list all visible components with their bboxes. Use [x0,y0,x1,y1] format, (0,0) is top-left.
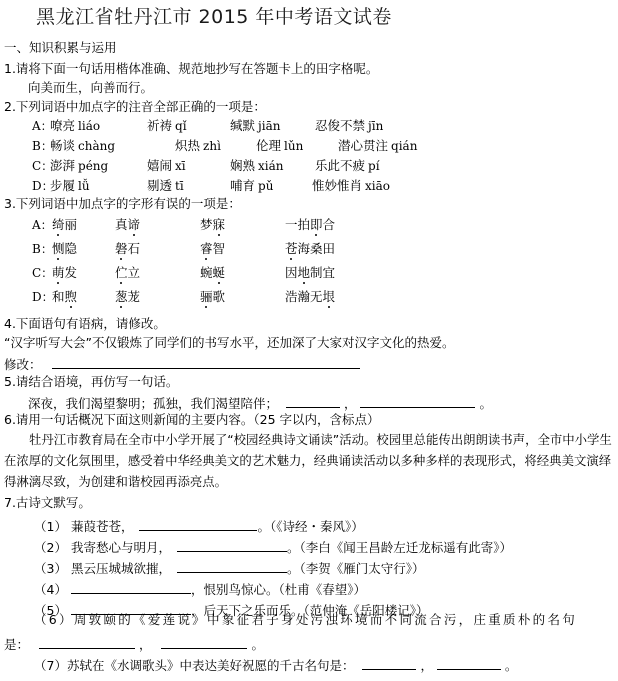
q2-option-item: 缄默jiān [230,120,280,133]
revise-answer-blank[interactable] [52,356,360,369]
q7-item: （3）黑云压城城欲摧，。（李贺《雁门太守行》） [34,560,424,576]
q2-word: 潜心贯注 [338,138,388,153]
dotted-char: 伫 [115,267,128,280]
dotted-char: 地 [298,267,311,280]
q2-pinyin: qǐ [175,119,187,133]
q2-option-item: 炽热zhì [175,140,221,153]
char: 立 [128,265,141,280]
char: 蜿 [200,265,213,280]
q5-sentence: 深夜，我们渴望黎明；孤独，我们渴望陪伴； [28,396,278,411]
q2-pinyin: jīn [368,119,383,133]
q2-word: 娴熟 [230,158,255,173]
q7-item6-period: 。 [251,637,264,652]
q3-word: 萌发 [52,267,77,280]
char: 桑 [310,241,323,256]
q2-word: 剔透 [147,178,172,193]
q7-answer-blank[interactable] [177,539,287,552]
q2-pinyin: zhì [203,139,221,153]
q7-item-before: 蒹葭苍苍， [71,519,134,534]
dotted-char: 睿 [200,243,213,256]
q7-item-number: （2） [34,540,67,555]
question-4-sentence: “汉字听写大会”不仅锻炼了同学们的书写水平，还加深了大家对汉字文化的热爱。 [4,337,454,350]
q2-word: 祈祷 [147,118,172,133]
q2-word: 嬉闹 [147,158,172,173]
q3-word: 葱茏 [115,291,140,304]
question-1-sentence: 向美而生，向善而行。 [28,82,153,95]
q2-option-item: 嘹亮liáo [50,120,100,133]
q3-option-label: A： [32,219,53,231]
q3-word: 因地制宜 [285,267,335,280]
q7-item-number: （4） [34,582,67,597]
q2-pinyin: lǔn [284,139,303,153]
dotted-char: 萌 [52,267,65,280]
question-1-prompt: 1.请将下面一句话用楷体准确、规范地抄写在答题卡上的田字格呢。 [4,63,378,76]
q2-option-item: 忍俊不禁jīn [315,120,383,133]
char: 因 [285,265,298,280]
q2-word: 哺育 [230,178,255,193]
question-3-prompt: 3.下列词语中加点字的字形有误的一项是： [4,198,241,211]
q7-item-after: 。（李贺《雁门太守行》） [287,561,425,576]
q2-option-item: 嬉闹xī [147,160,186,173]
q7-answer-blank[interactable] [71,581,191,594]
section-heading: 一、知识积累与运用 [4,42,117,55]
question-6-news: 牡丹江市教育局在全市中小学开展了“校园经典诗文诵读”活动。校园里总能传出朗朗读书… [4,429,614,492]
char: 歌 [213,289,226,304]
char: 无 [310,289,323,304]
dotted-char: 绮 [52,219,65,232]
q3-option-label: D： [32,291,54,303]
q3-option-label: B： [32,243,53,255]
dotted-char: 恻 [52,243,65,256]
question-6-prompt: 6.请用一句话概况下面这则新闻的主要内容。（25 字以内，含标点） [4,414,380,427]
char: 真 [115,217,128,232]
q3-word: 睿智 [200,243,225,256]
q3-word: 骊歌 [200,291,225,304]
q7-answer-blank[interactable] [177,560,287,573]
q7-item7-period: 。 [505,658,518,673]
dotted-char: 垠 [323,291,336,304]
q5-period: 。 [479,396,492,411]
q7-item: （4），恨别鸟惊心。（杜甫《春望》） [34,581,366,597]
q2-word: 忍俊不禁 [315,118,365,133]
q2-option-item: 娴熟xián [230,160,284,173]
q3-word: 蜿蜒 [200,267,225,280]
q3-word: 恻隐 [52,243,77,256]
q3-word: 浩瀚无垠 [285,291,335,304]
q2-pinyin: lǚ [78,179,90,193]
q2-word: 乐此不疲 [315,158,365,173]
q3-word: 一拍即合 [285,219,335,232]
q2-pinyin: jiān [258,119,280,133]
revise-label: 修改： [4,357,42,372]
dotted-char: 蜒 [213,267,226,280]
char: 丽 [65,217,78,232]
dotted-char: 即 [310,219,323,232]
dotted-char: 寐 [213,219,226,232]
q2-word: 伦理 [256,138,281,153]
q7-item6-blank-1[interactable] [39,636,135,649]
q7-item6-text: （6）周敦颐的《爱莲说》中象征君子身处污浊环境而不同流合污，庄重质朴的名句 [34,612,577,627]
q3-word: 磐石 [115,243,140,256]
q2-pinyin: chàng [78,139,115,153]
q2-word: 嘹亮 [50,118,75,133]
char: 梦 [200,217,213,232]
exam-title: 黑龙江省牡丹江市 2015 年中考语文试卷 [36,8,392,27]
char: 海 [298,241,311,256]
q2-pinyin: xī [175,159,186,173]
char: 合 [323,217,336,232]
q3-word: 真谛 [115,219,140,232]
q2-option-item: 惟妙惟肖xiāo [312,180,390,193]
char: 石 [128,241,141,256]
q2-word: 畅谈 [50,138,75,153]
q7-item6-blank-2[interactable] [161,636,247,649]
q3-word: 苍海桑田 [285,243,335,256]
q7-item7-text: （7）苏轼在《水调歌头》中表达美好祝愿的千古名句是： [34,658,354,673]
dotted-char: 磐 [115,243,128,256]
q2-word: 步履 [50,178,75,193]
q3-word: 梦寐 [200,219,225,232]
q7-item7-blank-1[interactable] [362,657,416,670]
q7-item-after: 。（《诗经・秦风》） [257,519,363,534]
dotted-char: 葱 [115,291,128,304]
q7-item-before: 我寄愁心与明月， [71,540,171,555]
char: 茏 [128,289,141,304]
q7-item-number: （1） [34,519,67,534]
char: 田 [323,241,336,256]
q7-item-after: ，恨别鸟惊心。（杜甫《春望》） [191,582,366,597]
char: 拍 [298,217,311,232]
q2-pinyin: pí [368,159,380,173]
q2-word: 惟妙惟肖 [312,178,362,193]
question-4-prompt: 4.下面语句有语病，请修改。 [4,318,166,331]
char: 瀚 [298,289,311,304]
q2-word: 炽热 [175,138,200,153]
q2-option-item: 畅谈chàng [50,140,115,153]
q2-option-item: 步履lǚ [50,180,90,193]
char: 宜 [323,265,336,280]
q2-pinyin: pǔ [258,179,273,193]
char: 一 [285,217,298,232]
q7-item-6: （6）周敦颐的《爱莲说》中象征君子身处污浊环境而不同流合污，庄重质朴的名句 [4,609,614,630]
char: 发 [65,265,78,280]
q7-item-before: 黑云压城城欲摧， [71,561,171,576]
question-7-prompt: 7.古诗文默写。 [4,497,91,510]
q7-item6-comma: ， [139,637,152,652]
q7-item6-label: 是： [4,637,29,652]
q7-answer-blank[interactable] [139,518,257,531]
char: 和 [52,289,65,304]
q2-option-item: 澎湃péng [50,160,108,173]
char: 制 [310,265,323,280]
q2-word: 缄默 [230,118,255,133]
q7-item: （1）蒹葭苍苍，。（《诗经・秦风》） [34,518,364,534]
char: 智 [213,241,226,256]
question-5-prompt: 5.请结合语境，再仿写一句话。 [4,376,178,389]
q7-item-7: （7）苏轼在《水调歌头》中表达美好祝愿的千古名句是： ， 。 [34,657,517,673]
q7-item7-comma: ， [420,658,433,673]
char: 隐 [65,241,78,256]
q7-item: （2）我寄愁心与明月，。（李白《闻王昌龄左迁龙标遥有此寄》） [34,539,512,555]
q2-option-item: 伦理lǔn [256,140,303,153]
question-4-revise: 修改： [4,356,360,372]
q5-comma: ， [344,396,357,411]
q2-pinyin: xián [258,159,284,173]
q2-pinyin: tī [175,179,184,193]
q2-option-item: 哺育pǔ [230,180,273,193]
q2-option-item: 祈祷qǐ [147,120,187,133]
q3-word: 绮丽 [52,219,77,232]
dotted-char: 苍 [285,243,298,256]
q7-item7-blank-2[interactable] [437,657,501,670]
q5-blank-2[interactable] [360,395,475,408]
q3-word: 和煦 [52,291,77,304]
q2-option-item: 剔透tī [147,180,184,193]
dotted-char: 骊 [200,291,213,304]
question-5-line: 深夜，我们渴望黎明；孤独，我们渴望陪伴； ， 。 [28,395,492,411]
q2-option-item: 乐此不疲pí [315,160,380,173]
question-2-prompt: 2.下列词语中加点字的注音全部正确的一项是： [4,101,266,114]
q3-option-label: C： [32,267,53,279]
dotted-char: 煦 [65,291,78,304]
q2-pinyin: xiāo [365,179,390,193]
q5-blank-1[interactable] [286,395,340,408]
q2-word: 澎湃 [50,158,75,173]
char: 浩 [285,289,298,304]
q2-option-item: 潜心贯注qián [338,140,417,153]
dotted-char: 谛 [128,219,141,232]
q2-pinyin: péng [78,159,108,173]
q3-word: 伫立 [115,267,140,280]
q7-item6-answer: 是： ， 。 [4,636,264,652]
q7-item-number: （3） [34,561,67,576]
q2-pinyin: liáo [78,119,100,133]
q7-item-after: 。（李白《闻王昌龄左迁龙标遥有此寄》） [287,540,512,555]
q2-pinyin: qián [391,139,417,153]
